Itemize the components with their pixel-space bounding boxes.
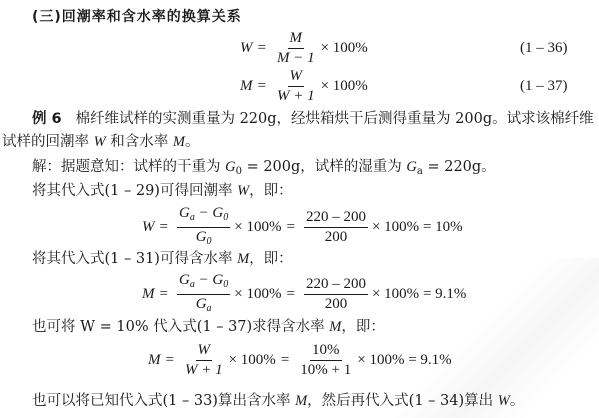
denominator: Ga [194, 295, 214, 317]
factor: × 100% [229, 352, 276, 369]
equals-sign: = [281, 352, 289, 369]
result: = 10% [423, 219, 463, 236]
step1-equation: W = Ga − G0 G0 × 100% = 220 – 200 200 × … [142, 205, 463, 250]
formula-1-36: W = M M − 1 × 100% [240, 30, 368, 67]
fraction: 10% 10% + 1 [298, 342, 353, 379]
equation-lhs: W [142, 219, 155, 236]
section-title: (三)回潮率和含水率的换算关系 [32, 8, 242, 26]
example-text: 棉纤维试样的实测重量为 220g，经烘箱烘干后测得重量为 200g。试求该棉纤维 [75, 111, 593, 127]
denominator: 10% + 1 [298, 361, 353, 379]
denominator: G0 [194, 228, 214, 250]
equals-sign: = [160, 219, 168, 236]
equation-number-1-36: (1 – 36) [520, 40, 568, 57]
formula-1-37: M = W W + 1 × 100% [240, 68, 368, 105]
text: = 200g，试样的湿重为 [242, 159, 406, 175]
step3-text: 也可将 W = 10% 代入式(1 – 37)求得含水率 M，即： [32, 318, 385, 336]
text: 将其代入式(1 – 29)可得回潮率 [32, 183, 237, 199]
denominator: 200 [323, 295, 350, 313]
numerator: M [288, 30, 305, 49]
numerator: W [196, 342, 213, 361]
denominator: W + 1 [183, 361, 225, 379]
step3-equation: M = W W + 1 × 100% = 10% 10% + 1 × 100% … [148, 342, 452, 379]
text: ，即： [249, 183, 293, 199]
step2-equation: M = Ga − G0 Ga × 100% = 220 – 200 200 × … [142, 272, 466, 317]
denominator: W + 1 [275, 87, 317, 105]
numerator: 10% [310, 342, 342, 361]
equals-sign: = [258, 78, 266, 95]
factor: × 100% [372, 219, 419, 236]
fraction: M M − 1 [275, 30, 317, 67]
equation-lhs: M [142, 286, 155, 303]
formula-lhs: M [240, 78, 253, 95]
text: 试样的回潮率 [2, 134, 94, 150]
variable-m: M [295, 393, 307, 409]
example-line-1: 例 6 棉纤维试样的实测重量为 220g，经烘箱烘干后测得重量为 200g。试求… [32, 110, 594, 128]
factor: × 100% [372, 286, 419, 303]
variable-m: M [173, 134, 185, 150]
factor: × 100% [321, 40, 368, 57]
numerator: Ga − G0 [177, 205, 230, 228]
text: 也可以将已知代入式(1 – 33)算出含水率 [32, 393, 295, 409]
closing-text: 也可以将已知代入式(1 – 33)算出含水率 M，然后再代入式(1 – 34)算… [32, 392, 524, 410]
text: 将其代入式(1 – 31)可得含水率 [32, 251, 237, 267]
solution-intro: 解：据题意知：试样的干重为 G0 = 200g，试样的湿重为 Ga = 220g… [32, 158, 496, 181]
step2-text: 将其代入式(1 – 31)可得含水率 M，即： [32, 250, 293, 268]
fraction: W W + 1 [183, 342, 225, 379]
result: = 9.1% [423, 286, 466, 303]
equation-lhs: M [148, 352, 161, 369]
numerator: W [288, 68, 305, 87]
numerator: 220 – 200 [304, 276, 368, 295]
text: 和含水率 [106, 134, 173, 150]
variable-w: W [498, 393, 510, 409]
equals-sign: = [287, 286, 295, 303]
equation-number-1-37: (1 – 37) [520, 78, 568, 95]
text: 。 [185, 134, 200, 150]
variable-w: W [237, 183, 249, 199]
denominator: M − 1 [275, 49, 317, 67]
equals-sign: = [166, 352, 174, 369]
fraction: Ga − G0 Ga [177, 272, 230, 317]
variable-m: M [237, 251, 249, 267]
text: ，然后再代入式(1 – 34)算出 [307, 393, 498, 409]
fraction: W W + 1 [275, 68, 317, 105]
equals-sign: = [287, 219, 295, 236]
step1-text: 将其代入式(1 – 29)可得回潮率 W，即： [32, 182, 293, 200]
variable-g0: G [225, 159, 235, 175]
variable-ga: G [406, 159, 416, 175]
fraction: Ga − G0 G0 [177, 205, 230, 250]
text: ，即： [341, 319, 385, 335]
result: = 9.1% [408, 352, 451, 369]
variable-m: M [329, 319, 341, 335]
text: = 220g。 [423, 159, 496, 175]
formula-lhs: W [240, 40, 253, 57]
fraction: 220 – 200 200 [304, 209, 368, 246]
example-label: 例 6 [32, 111, 62, 127]
denominator: 200 [323, 228, 350, 246]
text: ，即： [249, 251, 293, 267]
factor: × 100% [234, 219, 281, 236]
fraction: 220 – 200 200 [304, 276, 368, 313]
equals-sign: = [258, 40, 266, 57]
example-line-2: 试样的回潮率 W 和含水率 M。 [2, 133, 200, 151]
text: 。 [510, 393, 525, 409]
factor: × 100% [321, 78, 368, 95]
equals-sign: = [160, 286, 168, 303]
numerator: Ga − G0 [177, 272, 230, 295]
text: 也可将 W = 10% 代入式(1 – 37)求得含水率 [32, 319, 329, 335]
variable-w: W [94, 134, 106, 150]
text: 解：据题意知：试样的干重为 [32, 159, 225, 175]
factor: × 100% [357, 352, 404, 369]
numerator: 220 – 200 [304, 209, 368, 228]
factor: × 100% [234, 286, 281, 303]
